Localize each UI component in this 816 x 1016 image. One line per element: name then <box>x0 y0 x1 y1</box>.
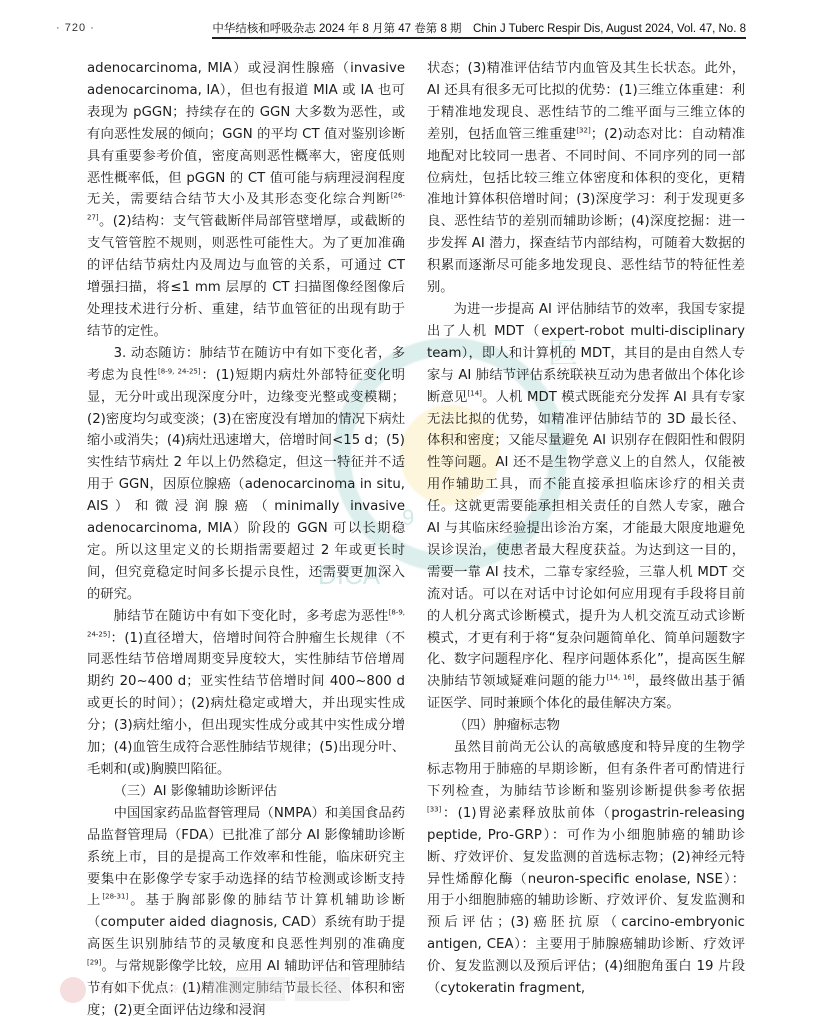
page-header: · 720 · 中华结核和呼吸杂志 2024 年 8 月第 47 卷第 8 期 … <box>56 18 746 38</box>
citation: [33] <box>427 805 441 813</box>
publisher-footer-logo: 中华医学会杂志社 <box>60 975 420 1011</box>
citation: [29] <box>87 959 101 967</box>
page-number: · 720 · <box>56 22 95 34</box>
footer-logo-block <box>210 977 285 1001</box>
publisher-brand: 中华医学会杂志社 <box>96 981 208 997</box>
paragraph: 为进一步提高 AI 评估肺结节的效率，我国专家提出了人机 MDT（expert-… <box>427 299 745 715</box>
section-heading-tumor-markers: （四）肿瘤标志物 <box>427 715 745 737</box>
citation: [32] <box>576 126 590 134</box>
section-heading-ai-imaging: （三）AI 影像辅助诊断评估 <box>87 781 405 803</box>
paragraph: 虽然目前尚无公认的高敏感度和特异度的生物学标志物用于肺癌的早期诊断，但有条件者可… <box>427 737 745 1000</box>
footer-logo-block <box>295 977 350 1001</box>
paragraph: adenocarcinoma, MIA）或浸润性腺癌（invasive aden… <box>87 58 405 343</box>
journal-citation-line: 中华结核和呼吸杂志 2024 年 8 月第 47 卷第 8 期 Chin J T… <box>212 20 746 39</box>
publisher-seal-icon <box>60 977 86 1003</box>
paragraph: 3. 动态随访：肺结节在随访中有如下变化者，多考虑为良性[8-9, 24-25]… <box>87 343 405 606</box>
citation: [8-9, 24-25] <box>158 367 201 375</box>
citation: [28-31] <box>102 893 128 901</box>
right-column: 状态；(3)精准评估结节内血管及其生长状态。此外，AI 还具有很多无可比拟的优势… <box>427 58 745 1000</box>
paragraph: 状态；(3)精准评估结节内血管及其生长状态。此外，AI 还具有很多无可比拟的优势… <box>427 58 745 299</box>
citation: [14, 16] <box>606 674 634 682</box>
paragraph: 肺结节在随访中有如下变化时，多考虑为恶性[8-9, 24-25]：(1)直径增大… <box>87 606 405 781</box>
left-column: adenocarcinoma, MIA）或浸润性腺癌（invasive aden… <box>87 58 405 1016</box>
citation: [14] <box>468 389 482 397</box>
